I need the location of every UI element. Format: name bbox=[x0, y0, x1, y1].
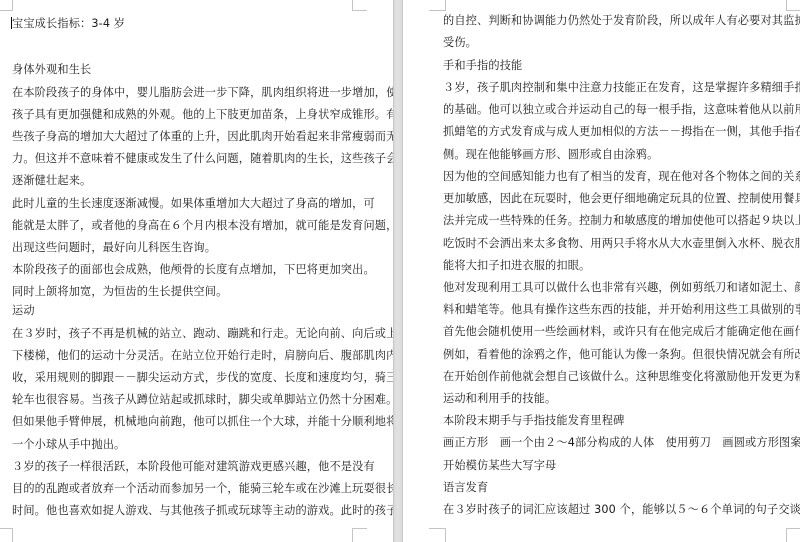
text-line: 的基础。他可以独立或合并运动自己的每一根手指，这意味着他从以前用拳头 bbox=[443, 103, 800, 117]
text-line: 料和蜡笔等。他具有操作这些东西的技能，并开始利用这些工具做别的事情。 bbox=[443, 303, 800, 317]
text-line: 运动和利用手的技能。 bbox=[443, 392, 556, 406]
page-corner-mark bbox=[429, 0, 446, 11]
text-line: 孩子具有更加强健和成熟的外观。他的上下肢更加苗条，上身状窄成锥形。有 bbox=[12, 108, 393, 122]
text-line: 首先他会随机使用一些绘画材料，或许只有在他完成后才能确定他在画什么。 bbox=[443, 325, 800, 339]
text-line: 能就是太胖了，或者他的身高在６个月内根本没有增加，就可能是发育问题， bbox=[12, 219, 393, 233]
text-line: 轮车也很容易。当孩子从蹲位站起或抓球时，脚尖或单脚站立仍然十分困难。 bbox=[12, 393, 393, 407]
page-corner-mark bbox=[352, 528, 367, 542]
milestone-heading: 本阶段末期手与手指技能发育里程碑 bbox=[443, 414, 624, 428]
text-line: 法并完成一些特殊的任务。控制力和敏感度的增加使他可以搭起９块以上积木、 bbox=[443, 214, 800, 228]
text-line: 收，采用规则的脚跟－－脚尖运动方式，步伐的宽度、长度和速度均匀，骑三 bbox=[12, 371, 393, 385]
text-line: 但如果他手臂伸展，机械地向前跑，他可以抓住一个大球，并能十分顺利地将 bbox=[12, 415, 393, 429]
text-line: 同时上颌将加宽，为恒齿的生长提供空间。 bbox=[12, 285, 227, 299]
section-heading: 运动 bbox=[12, 304, 35, 318]
text-line: 此时儿童的生长速度逐渐减慢。如果体重增加大大超过了身高的增加，可 bbox=[12, 197, 375, 211]
page-corner-mark bbox=[352, 0, 367, 11]
page-corner-mark bbox=[0, 528, 13, 542]
text-line: 在本阶段孩子的身体中，婴儿脂肪会进一步下降，肌肉组织将进一步增加，使 bbox=[12, 86, 393, 100]
text-line: 一个小球从手中抛出。 bbox=[12, 438, 125, 452]
section-heading: 身体外观和生长 bbox=[12, 63, 91, 77]
text-line: 出现这些问题时，最好向儿科医生咨询。 bbox=[12, 241, 216, 255]
text-line: 目的的乱跑或者放弃一个活动而参加另一个，能骑三轮车或在沙滩上玩耍很长 bbox=[12, 482, 393, 496]
text-line: 在３岁时孩子的词汇应该超过 300 个，能够以５～６个单词的句子交谈，并 bbox=[443, 503, 800, 517]
document-title: 宝宝成长指标：3-4 岁 bbox=[11, 17, 125, 31]
text-line: 侧。现在他能够画方形、圆形或自由涂鸦。 bbox=[443, 148, 658, 162]
page-corner-mark bbox=[786, 528, 800, 542]
text-line: 因为他的空间感知能力也有了相当的发育，现在他对各个物体之间的关系 bbox=[443, 170, 800, 184]
document-page-left[interactable]: 宝宝成长指标：3-4 岁 身体外观和生长 在本阶段孩子的身体中，婴儿脂肪会进一步… bbox=[0, 0, 393, 542]
milestone-list: 画正方形 画一个由２～4部分构成的人体 使用剪刀 画圆或方形图案 bbox=[443, 436, 800, 450]
section-heading: 语言发育 bbox=[443, 481, 488, 495]
text-line: 时间。他也喜欢如捉人游戏、与其他孩子抓或玩球等主动的游戏。此时的孩子 bbox=[12, 504, 393, 518]
text-line: 本阶段孩子的面部也会成熟，他颅骨的长度有点增加，下巴将更加突出。 bbox=[12, 263, 375, 277]
text-line: 抓蜡笔的方式发育成与成人更加相似的方法－－拇指在一侧，其他手指在另一 bbox=[443, 125, 800, 139]
gutter-edge bbox=[393, 0, 394, 542]
text-line: 在３岁时，孩子不再是机械的站立、跑动、蹦跳和行走。无论向前、向后或上 bbox=[12, 327, 393, 341]
title-text: 宝宝成长指标：3-4 岁 bbox=[12, 17, 125, 30]
text-line: 些孩子身高的增加大大超过了体重的上升，因此肌肉开始看起来非常瘦弱而无 bbox=[12, 130, 393, 144]
text-line: 能将大扣子扣进衣服的扣眼。 bbox=[443, 259, 590, 273]
text-line: 逐渐健壮起来。 bbox=[12, 174, 91, 188]
section-heading: 手和手指的技能 bbox=[443, 59, 522, 73]
text-line: 例如，看着他的涂鸦之作，他可能认为像一条狗。但很快情况就会有所改变， bbox=[443, 348, 800, 362]
text-line: 在开始创作前他就会想自己该做什么。这种思维变化将激励他开发更为精确的 bbox=[443, 370, 800, 384]
text-line: 开始模仿某些大写字母 bbox=[443, 459, 556, 473]
text-line: 吃饭时不会洒出来太多食物、用两只手将水从大水壶里倒入水杯、脱衣服并可 bbox=[443, 237, 800, 251]
page-corner-mark bbox=[786, 0, 800, 11]
text-line: 的自控、判断和协调能力仍然处于发育阶段，所以成年人有必要对其监护防止 bbox=[443, 14, 800, 28]
text-line: ３岁的孩子一样很活跃，本阶段他可能对建筑游戏更感兴趣，他不是没有 bbox=[12, 460, 375, 474]
text-line: 更加敏感，因此在玩耍时，他会更仔细地确定玩具的位置、控制使用餐具的方 bbox=[443, 192, 800, 206]
document-page-right[interactable]: 的自控、判断和协调能力仍然处于发育阶段，所以成年人有必要对其监护防止 受伤。 手… bbox=[403, 0, 800, 542]
text-line: 他对发现利用工具可以做什么也非常有兴趣，例如剪纸刀和诸如泥土、颜 bbox=[443, 281, 800, 295]
page-corner-mark bbox=[0, 0, 13, 11]
text-line: 受伤。 bbox=[443, 36, 477, 50]
text-line: ３岁，孩子肌肉控制和集中注意力技能正在发育，这是掌握许多精细手指运动 bbox=[443, 81, 800, 95]
text-line: 下楼梯，他们的运动十分灵活。在站立位开始行走时，肩膀向后、腹部肌肉内 bbox=[12, 349, 393, 363]
text-line: 力。但这并不意味着不健康或发生了什么问题，随着肌肉的生长，这些孩子会 bbox=[12, 152, 393, 166]
page-corner-mark bbox=[429, 528, 446, 542]
